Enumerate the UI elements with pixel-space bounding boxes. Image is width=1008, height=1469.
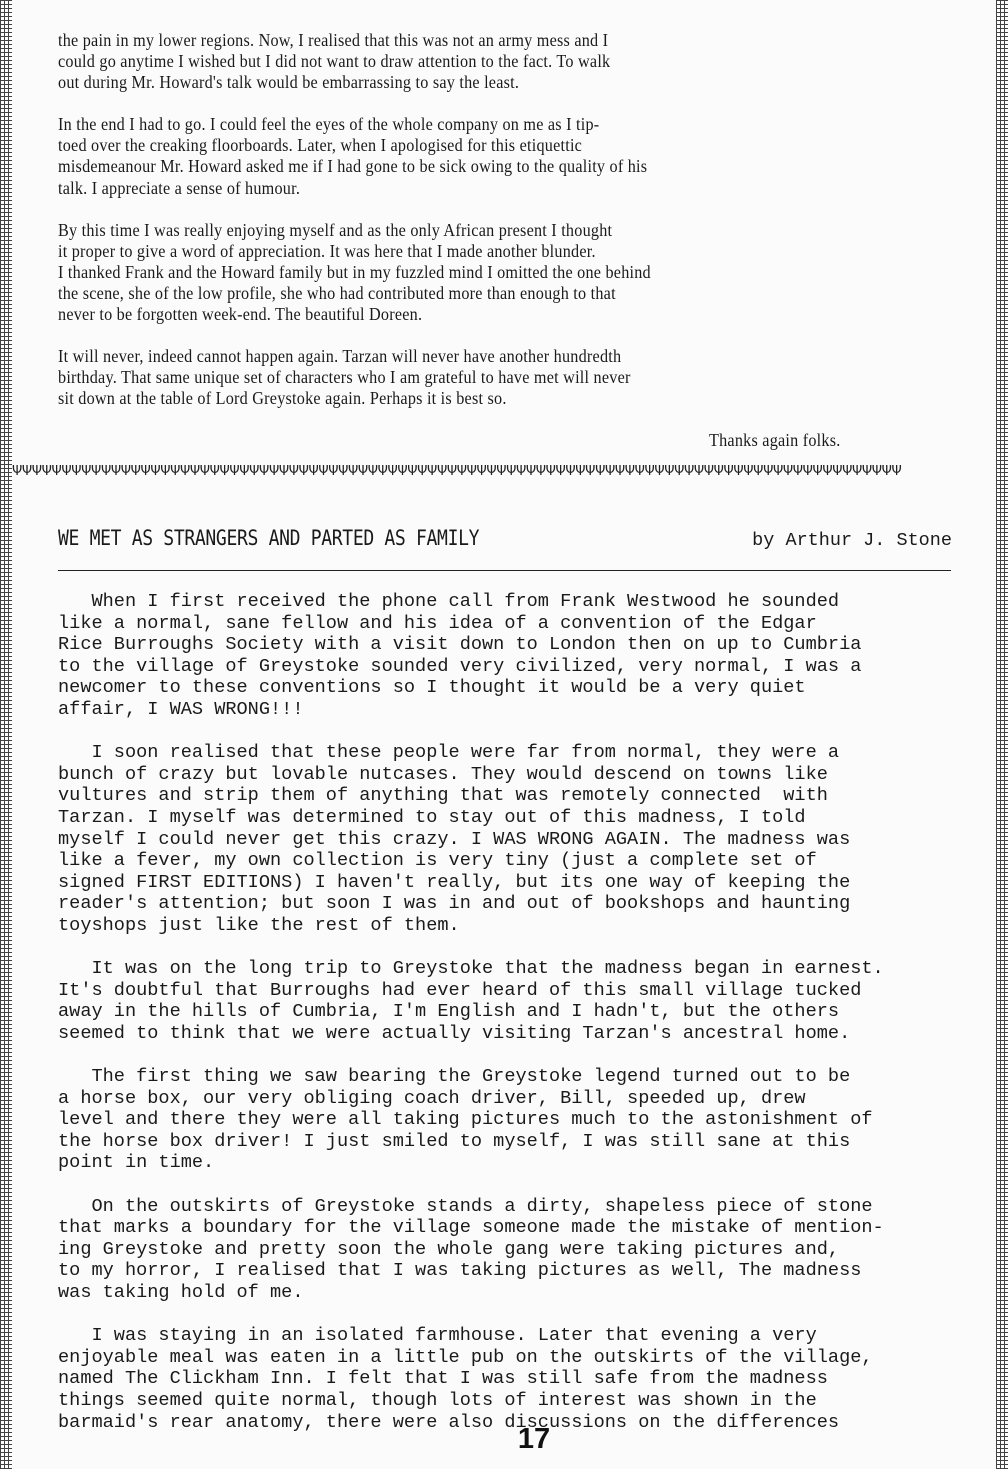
header-rule [58, 570, 951, 571]
trident-ornament-divider: ΨΨΨΨΨΨΨΨΨΨΨΨΨΨΨΨΨΨΨΨΨΨΨΨΨΨΨΨΨΨΨΨΨΨΨΨΨΨΨΨ… [12, 463, 996, 481]
paragraph: By this time I was really enjoying mysel… [58, 220, 983, 325]
paragraph: I was staying in an isolated farmhouse. … [58, 1325, 1008, 1433]
previous-article-continuation: the pain in my lower regions. Now, I rea… [58, 30, 983, 473]
paragraph: the pain in my lower regions. Now, I rea… [58, 30, 983, 93]
signoff: Thanks again folks. [58, 430, 983, 451]
paragraph: It was on the long trip to Greystoke tha… [58, 958, 1008, 1044]
article-header: WE MET AS STRANGERS AND PARTED AS FAMILY… [58, 526, 952, 556]
chain-link-border-icon [0, 0, 12, 1469]
paragraph: It will never, indeed cannot happen agai… [58, 346, 983, 409]
article-title: WE MET AS STRANGERS AND PARTED AS FAMILY [58, 526, 479, 550]
paragraph: I soon realised that these people were f… [58, 742, 1008, 936]
paragraph: In the end I had to go. I could feel the… [58, 114, 983, 198]
paragraph: The first thing we saw bearing the Greys… [58, 1066, 1008, 1174]
article-byline: by Arthur J. Stone [752, 530, 952, 551]
paragraph: On the outskirts of Greystoke stands a d… [58, 1196, 1008, 1304]
paragraph: When I first received the phone call fro… [58, 591, 1008, 721]
page-number: 17 [0, 1423, 1008, 1456]
article-body: When I first received the phone call fro… [58, 591, 1008, 1455]
